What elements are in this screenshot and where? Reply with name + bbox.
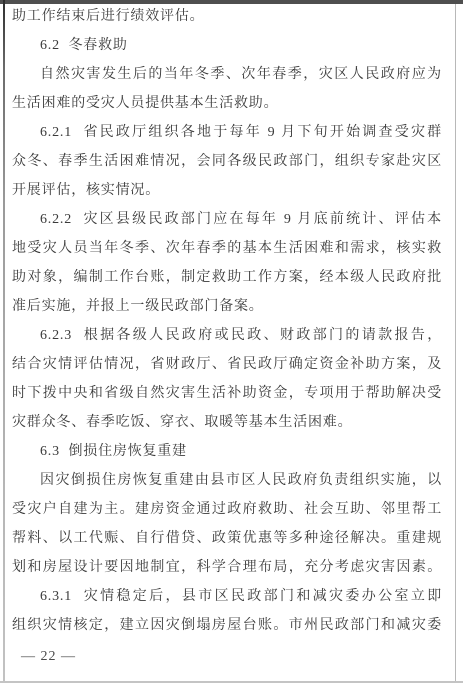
section-heading-6-3: 6.3 倒损住房恢复重建 bbox=[12, 437, 442, 466]
clause-heading-6-2-3: 6.2.3 根据各级人民政府或民政、财政部门的请款报告， bbox=[12, 321, 442, 350]
text-line: 时下拨中央和省级自然灾害生活补助资金，专项用于帮助解决受 bbox=[12, 379, 442, 408]
text-line: 结合灾情评估情况，省财政厅、省民政厅确定资金补助方案，及 bbox=[12, 350, 442, 379]
scan-right-edge bbox=[455, 4, 456, 682]
text-line: 开展评估，核实情况。 bbox=[12, 176, 442, 205]
document-page: 助工作结束后进行绩效评估。 6.2 冬春救助 自然灾害发生后的当年冬季、次年春季… bbox=[0, 0, 463, 684]
text-line: 帮料、以工代赈、自行借贷、政策优惠等多种途径解决。重建规 bbox=[12, 524, 442, 553]
text-line: 自然灾害发生后的当年冬季、次年春季，灾区人民政府应为 bbox=[12, 60, 442, 89]
text-line: 助工作结束后进行绩效评估。 bbox=[12, 2, 442, 31]
text-line: 助对象，编制工作台账，制定救助工作方案，经本级人民政府批 bbox=[12, 263, 442, 292]
text-line: 地受灾人员当年冬季、次年春季的基本生活困难和需求，核实救 bbox=[12, 234, 442, 263]
text-line: 生活困难的受灾人员提供基本生活救助。 bbox=[12, 89, 442, 118]
text-line: 因灾倒损住房恢复重建由县市区人民政府负责组织实施，以 bbox=[12, 466, 442, 495]
text-line: 划和房屋设计要因地制宜，科学合理布局，充分考虑灾害因素。 bbox=[12, 553, 442, 582]
document-body: 助工作结束后进行绩效评估。 6.2 冬春救助 自然灾害发生后的当年冬季、次年春季… bbox=[12, 2, 442, 640]
text-line: 受灾户自建为主。建房资金通过政府救助、社会互助、邻里帮工 bbox=[12, 495, 442, 524]
section-heading-6-2: 6.2 冬春救助 bbox=[12, 31, 442, 60]
clause-heading-6-3-1: 6.3.1 灾情稳定后，县市区民政部门和减灾委办公室立即 bbox=[12, 582, 442, 611]
text-line: 灾群众冬、春季吃饭、穿衣、取暖等基本生活困难。 bbox=[12, 408, 442, 437]
clause-heading-6-2-2: 6.2.2 灾区县级民政部门应在每年 9 月底前统计、评估本 bbox=[12, 205, 442, 234]
scan-left-edge bbox=[3, 0, 5, 682]
scan-bottom-edge bbox=[0, 681, 463, 683]
page-number: — 22 — bbox=[21, 642, 76, 671]
clause-heading-6-2-1: 6.2.1 省民政厅组织各地于每年 9 月下旬开始调查受灾群 bbox=[12, 118, 442, 147]
text-line: 组织灾情核定，建立因灾倒塌房屋台账。市州民政部门和减灾委 bbox=[12, 611, 442, 640]
text-line: 准后实施，并报上一级民政部门备案。 bbox=[12, 292, 442, 321]
text-line: 众冬、春季生活困难情况，会同各级民政部门，组织专家赴灾区 bbox=[12, 147, 442, 176]
